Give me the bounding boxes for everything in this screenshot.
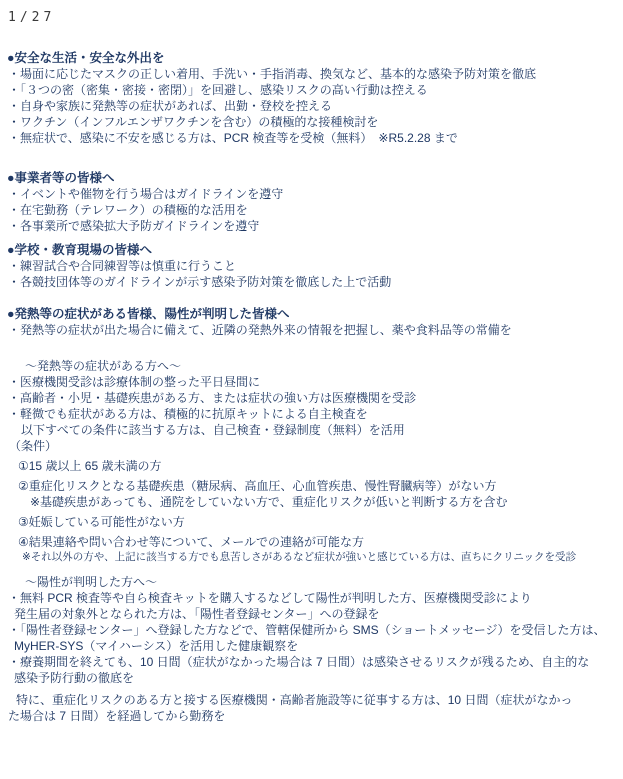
section-heading-fever-positive: ●発熱等の症状がある皆様、陽性が判明した皆様へ (0, 306, 623, 322)
bullet-line: ・高齢者・小児・基礎疾患がある方、または症状の強い方は医療機関を受診 (0, 390, 623, 406)
section-heading-safe-life: ●安全な生活・安全な外出を (0, 50, 623, 66)
continuation-line: 発生届の対象外となられた方は、「陽性者登録センター」への登録を (0, 606, 623, 622)
continuation-line: MyHER-SYS（マイハーシス）を活用した健康観察を (0, 638, 623, 654)
bullet-line: ・イベントや催物を行う場合はガイドラインを遵守 (0, 186, 623, 202)
document-body: ●安全な生活・安全な外出を・場面に応じたマスクの正しい着用、手洗い・手指消毒、換… (0, 28, 623, 724)
bullet-line: ・「３つの密（密集・密接・密閉）」を回避し、感染リスクの高い行動は控える (0, 82, 623, 98)
note-line-small: ※それ以外の方や、上記に該当する方でも息苦しさがあるなど症状が強いと感じている方… (0, 550, 623, 564)
bullet-line: ・発熱等の症状が出た場合に備えて、近隣の発熱外来の情報を把握し、薬や食料品等の常… (0, 322, 623, 338)
sub-heading-positive: ～陽性が判明した方へ～ (0, 574, 623, 590)
paragraph-line: 特に、重症化リスクのある方と接する医療機関・高齢者施設等に従事する方は、10 日… (0, 692, 623, 708)
bullet-line: ・無料 PCR 検査等や自ら検査キットを購入するなどして陽性が判明した方、医療機… (0, 590, 623, 606)
bullet-line: ・療養期間を終えても、10 日間（症状がなかった場合は 7 日間）は感染させるリ… (0, 654, 623, 670)
paragraph-line: た場合は 7 日間）を経過してから勤務を (0, 708, 623, 724)
document-page: 1/27 ●安全な生活・安全な外出を・場面に応じたマスクの正しい着用、手洗い・手… (0, 0, 623, 779)
numbered-condition: ①15 歳以上 65 歳未満の方 (0, 458, 623, 474)
continuation-line: 以下すべての条件に該当する方は、自己検査・登録制度（無料）を活用 (0, 422, 623, 438)
bullet-line: ・「陽性者登録センター」へ登録した方などで、管轄保健所から SMS（ショートメッ… (0, 622, 623, 638)
numbered-condition: ②重症化リスクとなる基礎疾患（糖尿病、高血圧、心血管疾患、慢性腎臓病等）がない方 (0, 478, 623, 494)
page-number: 1/27 (0, 8, 623, 28)
spacer (0, 146, 623, 170)
bullet-line: ・ワクチン（インフルエンザワクチンを含む）の積極的な接種検討を (0, 114, 623, 130)
bullet-line: ・各競技団体等のガイドラインが示す感染予防対策を徹底した上で活動 (0, 274, 623, 290)
section-heading-schools: ●学校・教育現場の皆様へ (0, 242, 623, 258)
spacer (0, 564, 623, 574)
bullet-line: ・各事業所で感染拡大予防ガイドラインを遵守 (0, 218, 623, 234)
numbered-condition: ③妊娠している可能性がない方 (0, 514, 623, 530)
bullet-line: ・軽微でも症状がある方は、積極的に抗原キットによる自主検査を (0, 406, 623, 422)
bullet-line: ・自身や家族に発熱等の症状があれば、出勤・登校を控える (0, 98, 623, 114)
note-line: ※基礎疾患があっても、通院をしていない方で、重症化リスクが低いと判断する方を含む (0, 494, 623, 510)
bullet-line: ・在宅勤務（テレワーク）の積極的な活用を (0, 202, 623, 218)
condition-label: （条件） (0, 438, 623, 454)
bullet-line: ・医療機関受診は診療体制の整った平日昼間に (0, 374, 623, 390)
bullet-line: ・場面に応じたマスクの正しい着用、手洗い・手指消毒、換気など、基本的な感染予防対… (0, 66, 623, 82)
spacer (0, 338, 623, 358)
section-heading-businesses: ●事業者等の皆様へ (0, 170, 623, 186)
spacer (0, 28, 623, 50)
sub-heading-fever: ～発熱等の症状がある方へ～ (0, 358, 623, 374)
bullet-line: ・無症状で、感染に不安を感じる方は、PCR 検査等を受検（無料） ※R5.2.2… (0, 130, 623, 146)
continuation-line: 感染予防行動の徹底を (0, 670, 623, 686)
bullet-line: ・練習試合や合同練習等は慎重に行うこと (0, 258, 623, 274)
numbered-condition: ④結果連絡や問い合わせ等について、メールでの連絡が可能な方 (0, 534, 623, 550)
spacer (0, 234, 623, 242)
spacer (0, 290, 623, 306)
